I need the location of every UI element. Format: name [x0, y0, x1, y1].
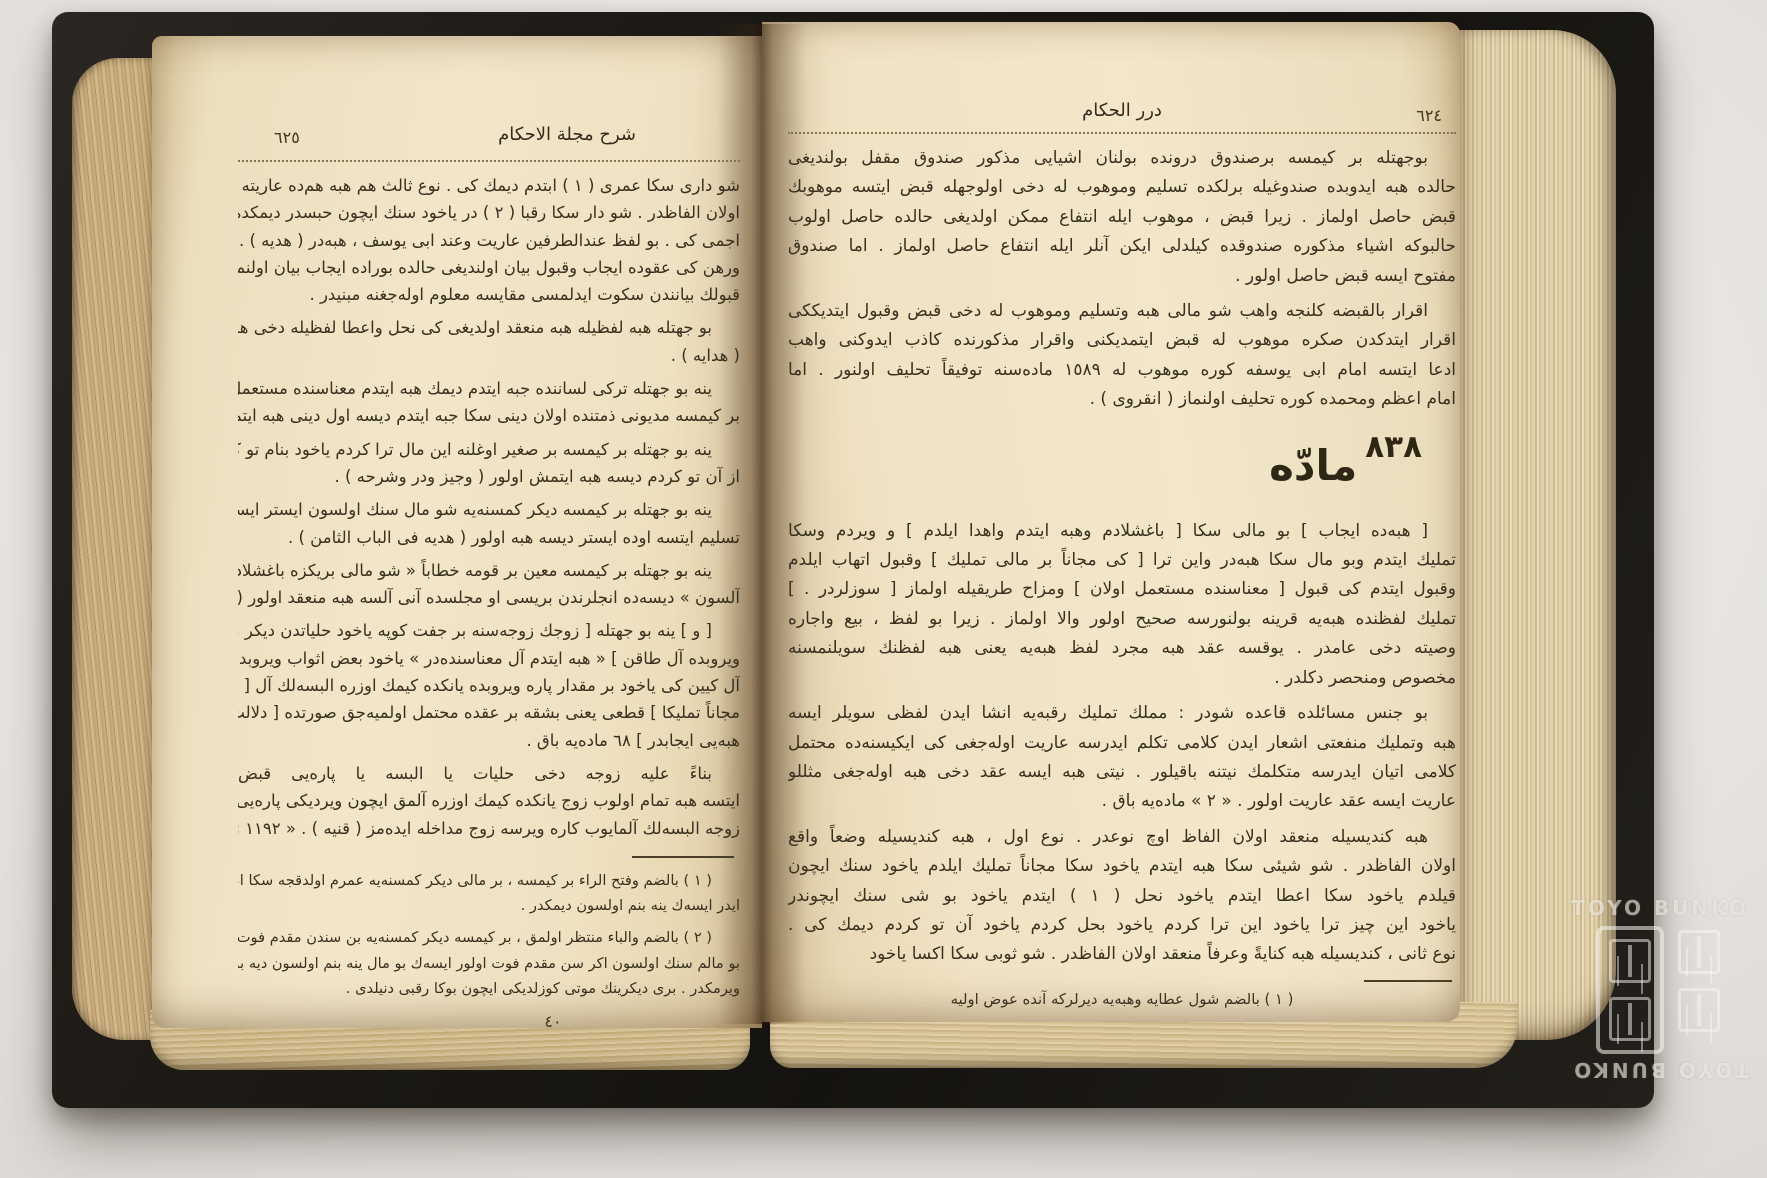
paragraph: ينه بو جهتله بر كيمسه بر صغير اوغلنه اين…	[238, 436, 740, 491]
paragraph: بو جنس مسائلده قاعده شودر : مملك تمليك ر…	[788, 699, 1456, 817]
paragraph: ينه بو جهتله بر كيمسه معين بر قومه خطابا…	[238, 557, 740, 612]
paragraph: هبه كنديسيله منعقد اولان الفاظ اوچ نوعدر…	[788, 823, 1456, 970]
text-line: بو جنس مسائلده قاعده شودر : مملك تمليك ر…	[788, 699, 1456, 728]
right-running-title: درر الحكام	[1082, 100, 1162, 121]
text-line: ينه بو جهتله بر كيمسه بر صغير اوغلنه اين…	[238, 436, 740, 463]
right-footnote: ( ١ ) بالضم شول عطايه وهبه‌يه ديرلركه آن…	[788, 988, 1456, 1012]
text-line: ( ٢ ) بالضم والباء منتظر اولمق ، بر كيمس…	[238, 925, 740, 951]
text-line: ورهن كى عقوده ايجاب وقبول بيان اولنديغى …	[238, 254, 740, 281]
left-page-content: ٦٢٥ شرح مجلة الاحكام شو دارى سكا عمرى ( …	[238, 112, 740, 1031]
text-line: تسليم ايتسه اوده ايستر ديسه هبه اولور ( …	[238, 524, 740, 551]
text-line: هبه كنديسيله منعقد اولان الفاظ اوچ نوعدر…	[788, 823, 1456, 852]
text-line: قبض حاصل اولماز . زيرا قبض ، موهوب ايله …	[788, 203, 1456, 232]
text-line: نوع ثانى ، كنديسيله هبه كنايةً وعرفاً من…	[788, 940, 1456, 969]
text-line: وقبول ايتدم كى قبول [ معناسنده مستعمل او…	[788, 575, 1456, 604]
right-footnote-rule	[1364, 980, 1452, 982]
text-line: [ و ] ينه بو جهتله [ زوجك زوجه‌سنه بر جف…	[238, 617, 740, 644]
text-line: زوجه البسه‌لك آلمايوب كاره ويرسه زوج مدا…	[238, 815, 740, 842]
paragraph: ينه بو جهتله تركى لساننده جبه ايتدم ديمك…	[238, 375, 740, 430]
text-line: ايتسه هبه تمام اولوب زوج يانكده كيمك اوز…	[238, 787, 740, 814]
paragraph: ينه بو جهتله بر كيمسه ديكر كمسنه‌يه شو م…	[238, 496, 740, 551]
left-header-rule	[238, 160, 740, 162]
left-running-title: شرح مجلة الاحكام	[498, 124, 636, 145]
text-line: ( ١ ) بالضم وفتح الراء بر كيمسه ، بر مال…	[238, 868, 740, 894]
paragraph: ( ٢ ) بالضم والباء منتظر اولمق ، بر كيمس…	[238, 925, 740, 1002]
text-line: بناءً عليه زوجه دخى حليات يا البسه يا پا…	[238, 760, 740, 787]
seal-glyph	[1674, 984, 1724, 1036]
right-header-rule	[788, 132, 1456, 134]
signature-mark: ٤٠	[238, 1012, 740, 1031]
left-footnotes: ( ١ ) بالضم وفتح الراء بر كيمسه ، بر مال…	[238, 868, 740, 1002]
text-line: اولان الفاظدر . شو شيئى سكا هبه ايتدم يا…	[788, 852, 1456, 881]
seal-glyph	[1674, 926, 1724, 978]
text-line: [ هبه‌ده ايجاب ] بو مالى سكا [ باغشلادم …	[788, 517, 1456, 546]
text-line: بو مالم سنك اولسون اكر سن مقدم فوت اولور…	[238, 951, 740, 977]
right-body-text-top: بوجهتله بر كيمسه برصندوق درونده بولنان ا…	[788, 144, 1456, 415]
text-line: كلامى اتيان ايدرسه متكلمك نيتنه باقيلور …	[788, 758, 1456, 787]
text-line: قبولك بيانندن سكوت ايدلمسى مقايسه معلوم …	[238, 281, 740, 308]
right-page-header: درر الحكام ٦٢٤	[788, 84, 1456, 132]
text-line: ويرمكدر . برى ديكرينك موتى كوزلديكى ايچو…	[238, 976, 740, 1002]
text-line: ياخود اين چيز ترا ياخود اين ترا كردم ياخ…	[788, 911, 1456, 940]
text-line: تمليك ايتدم وبو مال سكا هبه‌در واين ترا …	[788, 546, 1456, 575]
text-line: هبه وتمليك منفعتى اشعار ايدن كلامى تكلم …	[788, 729, 1456, 758]
text-line: اولان الفاظدر . شو دار سكا رقبا ( ٢ ) در…	[238, 199, 740, 226]
text-line: مجاناً تمليكا ] قطعى يعنى بشقه بر عقده م…	[238, 699, 740, 726]
text-line: شو دارى سكا عمرى ( ١ ) ابتدم ديمك كى . ن…	[238, 172, 740, 199]
paragraph: ( ١ ) بالضم وفتح الراء بر كيمسه ، بر مال…	[238, 868, 740, 919]
text-line: بوجهتله بر كيمسه برصندوق درونده بولنان ا…	[788, 144, 1456, 173]
text-line: اجمى كى . بو لفظ عندالطرفين عاريت وعند ا…	[238, 227, 740, 254]
text-line: قيلدم ياخود سكا اعطا ايتدم ياخود نحل ( ١…	[788, 882, 1456, 911]
paragraph: [ و ] ينه بو جهتله [ زوجك زوجه‌سنه بر جف…	[238, 617, 740, 753]
paragraph: بناءً عليه زوجه دخى حليات يا البسه يا پا…	[238, 760, 740, 842]
text-line: ( هدايه ) .	[238, 342, 740, 369]
left-footnote-rule	[632, 856, 734, 858]
text-line: ينه بو جهتله بر كيمسه ديكر كمسنه‌يه شو م…	[238, 496, 740, 523]
article-number: ٨٣٨	[1365, 429, 1422, 465]
paragraph: بو جهتله هبه لفظيله هبه منعقد اولديغى كى…	[238, 314, 740, 369]
article-heading: ٨٣٨ مادّه	[788, 429, 1456, 507]
right-body-text-main: [ هبه‌ده ايجاب ] بو مالى سكا [ باغشلادم …	[788, 517, 1456, 970]
text-line: امام اعظم ومحمده كوره تحليف اولنماز ( ان…	[788, 385, 1456, 414]
right-page-content: درر الحكام ٦٢٤ بوجهتله بر كيمسه برصندوق …	[788, 84, 1456, 1012]
left-page-number: ٦٢٥	[274, 128, 300, 147]
text-line: حالده هبه ايدوبده صندوغيله برلكده تسليم …	[788, 173, 1456, 202]
text-line: عاريت ايسه عقد عاريت اولور . « ٢ » ماده‌…	[788, 787, 1456, 816]
text-line: اقرار بالقبضه كلنجه واهب شو مالى هبه وتس…	[788, 297, 1456, 326]
book-photograph: ٦٢٥ شرح مجلة الاحكام شو دارى سكا عمرى ( …	[0, 0, 1767, 1178]
text-line: ادعا ايتسه امام ابى يوسفه كوره موهوب له …	[788, 356, 1456, 385]
paragraph: اقرار بالقبضه كلنجه واهب شو مالى هبه وتس…	[788, 297, 1456, 415]
right-page-number: ٦٢٤	[1416, 106, 1442, 125]
text-line: از آن تو كردم ديسه هبه ايتمش اولور ( وجي…	[238, 463, 740, 490]
text-line: بو جهتله هبه لفظيله هبه منعقد اولديغى كى…	[238, 314, 740, 341]
paragraph: [ هبه‌ده ايجاب ] بو مالى سكا [ باغشلادم …	[788, 517, 1456, 693]
text-line: ينه بو جهتله بر كيمسه معين بر قومه خطابا…	[238, 557, 740, 584]
text-line: حالبوكه اشياء مذكوره صندوقده كيلدلى ايكن…	[788, 232, 1456, 261]
text-line: مفتوح ايسه قبض حاصل اولور .	[788, 262, 1456, 291]
text-line: مخصوص ومنحصر دكلدر .	[788, 664, 1456, 693]
text-line: هبه‌يى ايجابدر ] ٦٨ ماده‌يه باق .	[238, 727, 740, 754]
text-line: اقرار ايتدكدن صكره موهوب له قبض ايتمديكن…	[788, 326, 1456, 355]
text-line: ينه بو جهتله تركى لساننده جبه ايتدم ديمك…	[238, 375, 740, 402]
page-edges-right	[1456, 30, 1616, 1040]
left-page-header: ٦٢٥ شرح مجلة الاحكام	[238, 112, 740, 160]
text-line: بر كيمسه مديونى ذمتنده اولان دينى سكا جب…	[238, 402, 740, 429]
page-edges-left	[72, 58, 158, 1040]
text-line: ايدر ايسه‌ك ينه بنم اولسون ديمكدر .	[238, 893, 740, 919]
paragraph: بوجهتله بر كيمسه برصندوق درونده بولنان ا…	[788, 144, 1456, 291]
text-line: ويروبده آل طاقن ] « هبه ايتدم آل معناسند…	[238, 645, 740, 672]
article-word: مادّه	[1269, 445, 1357, 487]
text-line: آل كيين كى ياخود بر مقدار پاره ويروبده ي…	[238, 672, 740, 699]
text-line: تمليك لفظنده هبه‌يه قرينه بولنورسه صحيح …	[788, 605, 1456, 634]
paragraph: شو دارى سكا عمرى ( ١ ) ابتدم ديمك كى . ن…	[238, 172, 740, 308]
left-body-text: شو دارى سكا عمرى ( ١ ) ابتدم ديمك كى . ن…	[238, 172, 740, 842]
text-line: آلسون » ديسه‌ده انجلرندن بريسى او مجلسده…	[238, 584, 740, 611]
seal-column-toyo	[1674, 926, 1724, 1054]
text-line: وصيته دخى عامدر . يوقسه عقد هبه مجرد لفظ…	[788, 634, 1456, 663]
